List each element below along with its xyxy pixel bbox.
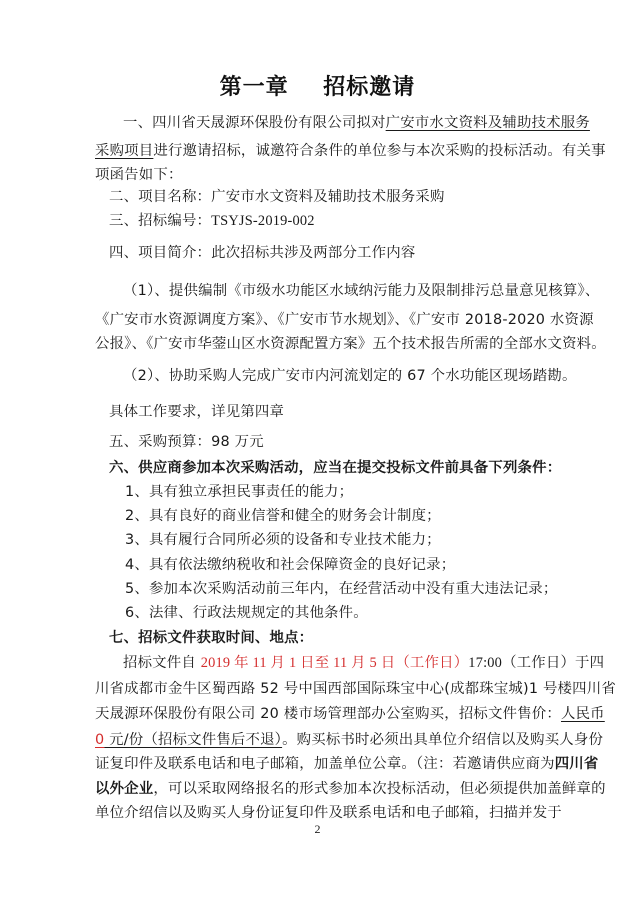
- section6-heading: 六、供应商参加本次采购活动，应当在提交投标文件前具备下列条件：: [109, 459, 551, 477]
- price-currency: 人民币: [561, 706, 605, 722]
- section5-budget: 五、采购预算：98 万元: [109, 433, 551, 451]
- outside-enterprise-bold: 以外企业: [95, 781, 153, 797]
- section7-line1: 招标文件自 2019 年 11 月 1 日至 11 月 5 日（工作日）17:0…: [123, 654, 537, 672]
- bid-number-value: TSYJS-2019-002: [211, 213, 315, 229]
- bid-number-label: 三、招标编号：: [109, 213, 211, 229]
- chapter-title: 第一章 招标邀请: [0, 70, 635, 101]
- section4-detail: 具体工作要求，详见第四章: [109, 403, 551, 421]
- section4-heading: 四、项目简介：此次招标共涉及两部分工作内容: [109, 244, 551, 262]
- province-note-bold: 四川省: [555, 756, 599, 772]
- document-page: 第一章 招标邀请 一、四川省天晟源环保股份有限公司拟对广安市水文资料及辅助技术服…: [0, 0, 635, 898]
- section1-prefix: 一、四川省天晟源环保股份有限公司拟对: [123, 115, 386, 131]
- section4-item1-line1: （1）、提供编制《市级水功能区水域纳污能力及限制排污总量意见核算》、: [123, 282, 537, 300]
- page-number: 2: [0, 822, 635, 837]
- section7-heading: 七、招标文件获取时间、地点：: [109, 629, 551, 647]
- project-name-link-part1: 广安市水文资料及辅助技术服务: [386, 115, 590, 131]
- condition-item: 5、参加本次采购活动前三年内，在经营活动中没有重大违法记录；: [125, 580, 567, 598]
- section7-l3-prefix: 天晟源环保股份有限公司 20 楼市场管理部办公室购买，招标文件售价：: [95, 706, 561, 722]
- section7-l4-suffix: 。购买标书时必须出具单位介绍信以及购买人身份: [282, 732, 603, 748]
- section7-line3: 天晟源环保股份有限公司 20 楼市场管理部办公室购买，招标文件售价：人民币: [95, 705, 537, 723]
- section7-line5: 证复印件及联系电话和电子邮箱，加盖单位公章。（注：若邀请供应商为四川省: [95, 755, 537, 773]
- price-value: 0: [95, 732, 104, 748]
- section7-line7: 单位介绍信以及购买人身份证复印件及联系电话和电子邮箱，扫描并发于: [95, 804, 537, 822]
- price-unit-note: 元/份（招标文件售后不退）: [104, 732, 282, 748]
- condition-item: 2、具有良好的商业信誉和健全的财务会计制度；: [125, 507, 567, 525]
- section7-l1-prefix: 招标文件自: [123, 655, 201, 671]
- section1-line2: 采购项目进行邀请招标，诚邀符合条件的单位参与本次采购的投标活动。有关事: [95, 142, 537, 160]
- section7-l5-prefix: 证复印件及联系电话和电子邮箱，加盖单位公章。（注：若邀请供应商为: [95, 756, 555, 772]
- condition-item: 1、具有独立承担民事责任的能力；: [125, 483, 567, 501]
- section4-item1-line2: 《广安市水资源调度方案》、《广安市节水规划》、《广安市 2018-2020 水资…: [95, 311, 537, 329]
- section1-line1: 一、四川省天晟源环保股份有限公司拟对广安市水文资料及辅助技术服务: [123, 114, 537, 132]
- budget-value: 98 万元: [211, 434, 264, 450]
- budget-label: 五、采购预算：: [109, 434, 211, 450]
- project-name-link-part2: 采购项目: [95, 143, 153, 159]
- section3-bid-number: 三、招标编号：TSYJS-2019-002: [109, 212, 551, 230]
- section7-line4: 0 元/份（招标文件售后不退）。购买标书时必须出具单位介绍信以及购买人身份: [95, 731, 537, 749]
- section4-item1-line3: 公报》、《广安市华蓥山区水资源配置方案》五个技术报告所需的全部水文资料。: [95, 335, 537, 353]
- section7-l6-suffix: ，可以采取网络报名的形式参加本次投标活动，但必须提供加盖鲜章的: [153, 781, 605, 797]
- sale-date-range: 2019 年 11 月 1 日至 11 月 5 日（工作日）: [201, 655, 469, 671]
- condition-item: 4、具有依法缴纳税收和社会保障资金的良好记录；: [125, 556, 567, 574]
- section7-line6: 以外企业，可以采取网络报名的形式参加本次投标活动，但必须提供加盖鲜章的: [95, 780, 537, 798]
- section7-line2: 川省成都市金牛区蜀西路 52 号中国西部国际珠宝中心(成都珠宝城)1 号楼四川省: [95, 680, 537, 698]
- section1-line3: 项函告如下：: [95, 166, 537, 184]
- section2-project-name: 二、项目名称：广安市水文资料及辅助技术服务采购: [109, 188, 551, 206]
- section7-l1-suffix: 17:00（工作日）于四: [468, 655, 604, 671]
- section1-line2-text: 进行邀请招标，诚邀符合条件的单位参与本次采购的投标活动。有关事: [153, 143, 605, 159]
- condition-item: 3、具有履行合同所必须的设备和专业技术能力；: [125, 531, 567, 549]
- condition-item: 6、法律、行政法规规定的其他条件。: [125, 604, 567, 622]
- section4-item2: （2）、协助采购人完成广安市内河流划定的 67 个水功能区现场踏勘。: [123, 367, 537, 385]
